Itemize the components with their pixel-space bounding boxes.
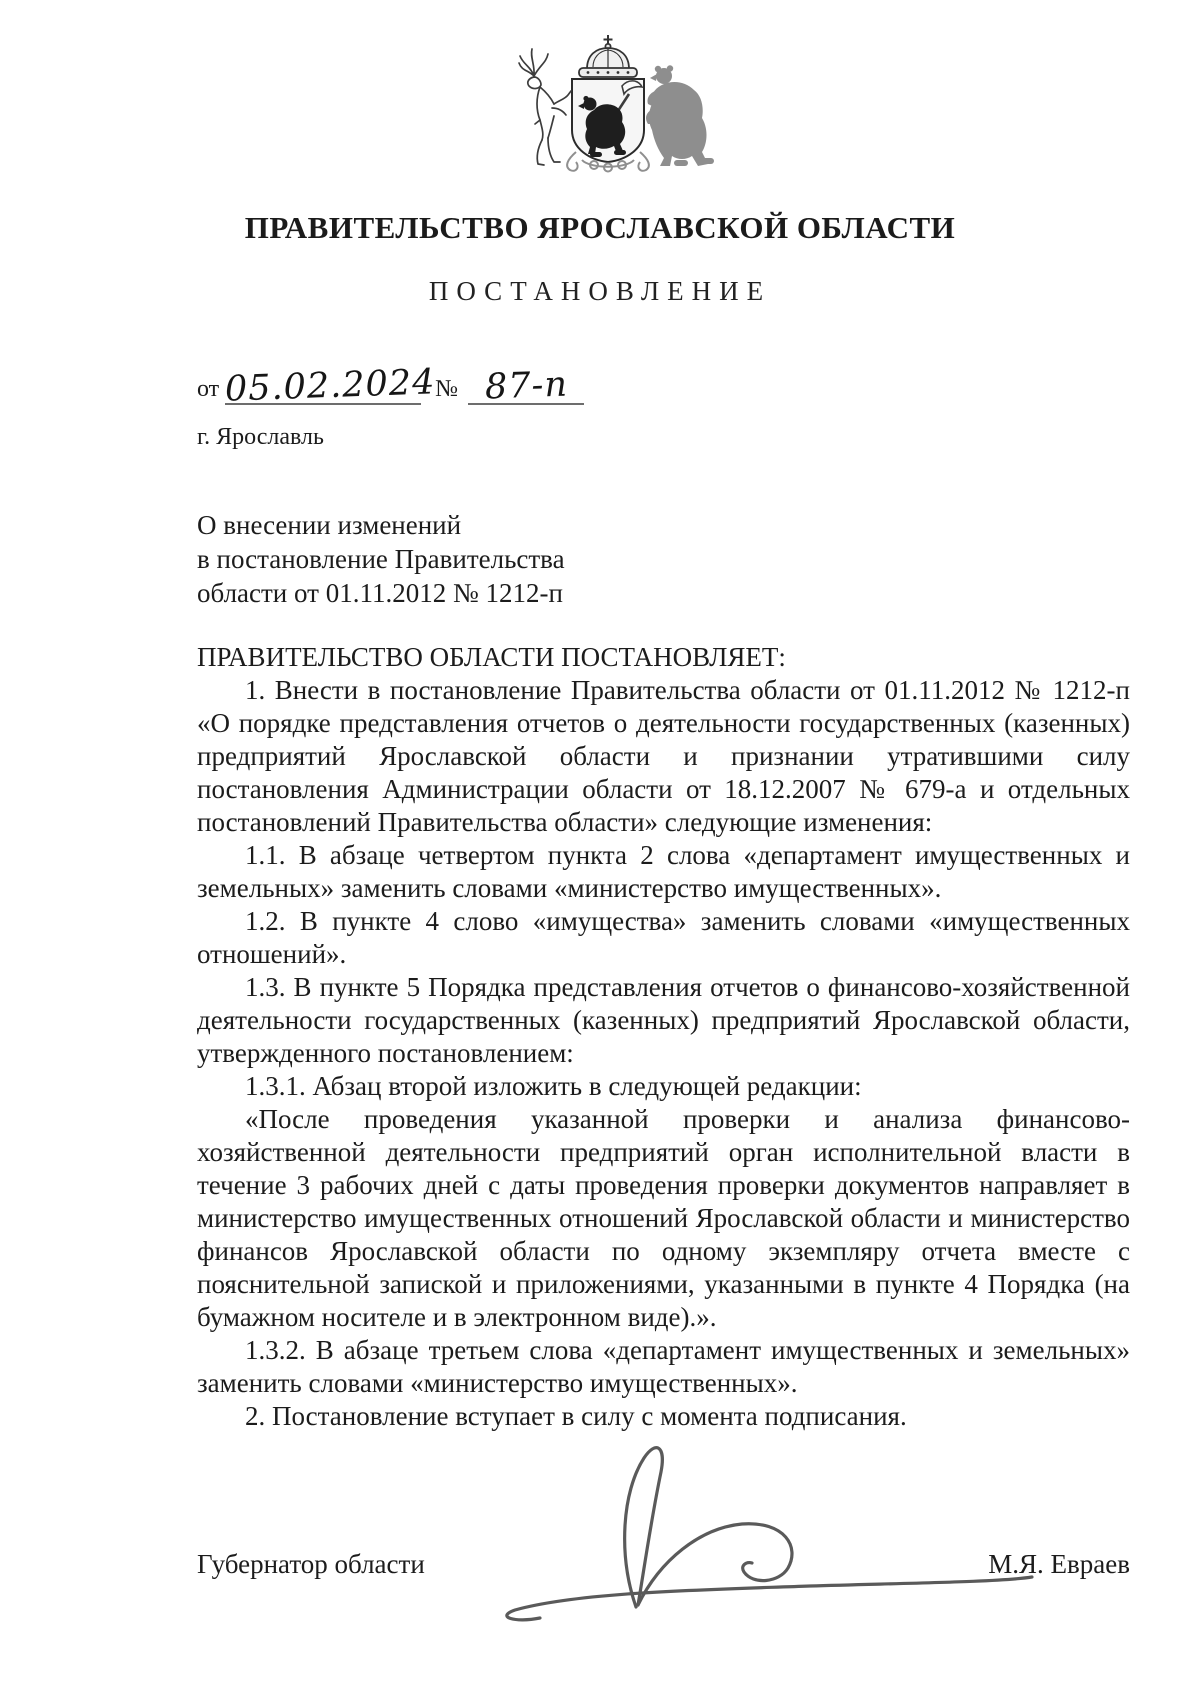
signer-name: М.Я. Евраев <box>988 1549 1130 1580</box>
bear-supporter-icon <box>646 65 714 166</box>
resolution-header: ПРАВИТЕЛЬСТВО ОБЛАСТИ ПОСТАНОВЛЯЕТ: <box>197 641 1130 674</box>
date-field: 05.02.2024 <box>225 370 421 405</box>
shield-icon <box>572 79 644 162</box>
city-label: г. Ярославль <box>197 424 324 451</box>
body-paragraph: 1. Внести в постановление Правительства … <box>197 674 1130 839</box>
body-paragraph: 1.3.1. Абзац второй изложить в следующей… <box>197 1070 1130 1103</box>
subject-line: области от 01.11.2012 № 1212-п <box>197 576 565 610</box>
body-paragraph: 1.3.2. В абзаце третьем слова «департаме… <box>197 1334 1130 1400</box>
handwritten-number: 87-п <box>484 369 568 405</box>
signature-row: Губернатор области М.Я. Евраев <box>197 1549 1130 1580</box>
document-body: ПРАВИТЕЛЬСТВО ОБЛАСТИ ПОСТАНОВЛЯЕТ: 1. В… <box>197 641 1130 1433</box>
signer-position-title: Губернатор области <box>197 1549 425 1580</box>
handwritten-date: 05.02.2024 <box>225 366 436 407</box>
organization-name: ПРАВИТЕЛЬСТВО ЯРОСЛАВСКОЙ ОБЛАСТИ <box>0 210 1200 246</box>
date-number-line: от 05.02.2024 № 87-п <box>197 370 1130 405</box>
number-field: 87-п <box>468 370 584 405</box>
body-paragraph: 1.1. В абзаце четвертом пункта 2 слова «… <box>197 839 1130 905</box>
document-subject: О внесении изменений в постановление Пра… <box>197 508 565 610</box>
crown-icon <box>579 35 637 77</box>
body-paragraph: 1.3. В пункте 5 Порядка представления от… <box>197 971 1130 1070</box>
body-paragraph: «После проведения указанной проверки и а… <box>197 1103 1130 1334</box>
subject-line: в постановление Правительства <box>197 542 565 576</box>
subject-line: О внесении изменений <box>197 508 565 542</box>
number-prefix-label: № <box>435 376 458 405</box>
document-type-title: ПОСТАНОВЛЕНИЕ <box>0 276 1200 307</box>
date-prefix-label: от <box>197 376 219 405</box>
body-paragraph: 1.2. В пункте 4 слово «имущества» замени… <box>197 905 1130 971</box>
decree-document-page: ПРАВИТЕЛЬСТВО ЯРОСЛАВСКОЙ ОБЛАСТИ ПОСТАН… <box>0 0 1200 1697</box>
deer-supporter-icon <box>519 49 571 165</box>
yaroslavl-coat-of-arms-icon <box>478 32 738 174</box>
governor-signature-icon <box>470 1420 1050 1650</box>
